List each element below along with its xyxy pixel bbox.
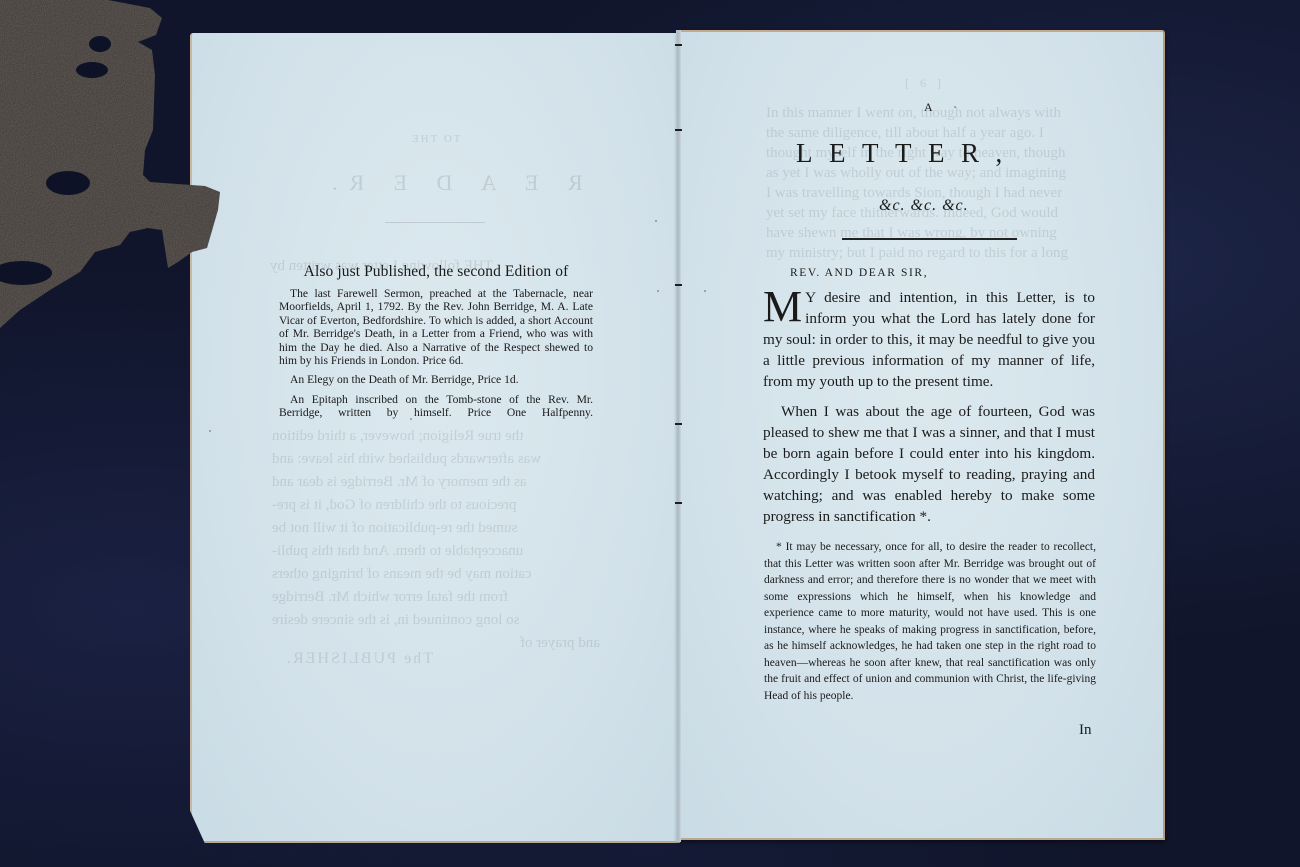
paragraph-1: MY desire and intention, in this Letter,… (763, 287, 1095, 392)
book-gutter (676, 30, 681, 842)
paper-speck (209, 430, 211, 432)
paper-speck (657, 290, 659, 292)
paper-speck (704, 290, 706, 292)
left-page (190, 33, 680, 843)
salutation: REV. AND DEAR SIR, (790, 267, 928, 279)
footnote: * It may be necessary, once for all, to … (764, 539, 1096, 704)
drop-cap: M (763, 289, 802, 325)
title-main: LETTER, (796, 138, 1019, 169)
advertisement-item-elegy: An Elegy on the Death of Mr. Berridge, P… (279, 373, 593, 386)
binding-stitch (675, 284, 682, 286)
catchword: In (1079, 722, 1092, 739)
weight-hole (89, 36, 111, 52)
metal-page-weight (0, 0, 230, 330)
paragraph-1-text: Y desire and intention, in this Letter, … (763, 289, 1095, 390)
advertisement-item-epitaph: An Epitaph inscribed on the Tomb-stone o… (279, 393, 593, 420)
binding-stitch (675, 502, 682, 504)
paper-speck (410, 418, 412, 420)
title-etcetera: &c. &c. &c. (879, 197, 969, 215)
paper-speck (655, 220, 657, 222)
paper-speck (954, 106, 956, 108)
binding-stitch (675, 129, 682, 131)
binding-stitch (675, 44, 682, 46)
title-article: A (924, 100, 934, 115)
advertisement-heading: Also just Published, the second Edition … (279, 263, 593, 281)
advertisement-block: Also just Published, the second Edition … (279, 263, 593, 426)
paragraph-2: When I was about the age of fourteen, Go… (763, 401, 1095, 527)
advertisement-item-sermon: The last Farewell Sermon, preached at th… (279, 287, 593, 367)
paper-speck (835, 612, 837, 614)
binding-stitch (675, 423, 682, 425)
title-rule (842, 238, 1017, 240)
